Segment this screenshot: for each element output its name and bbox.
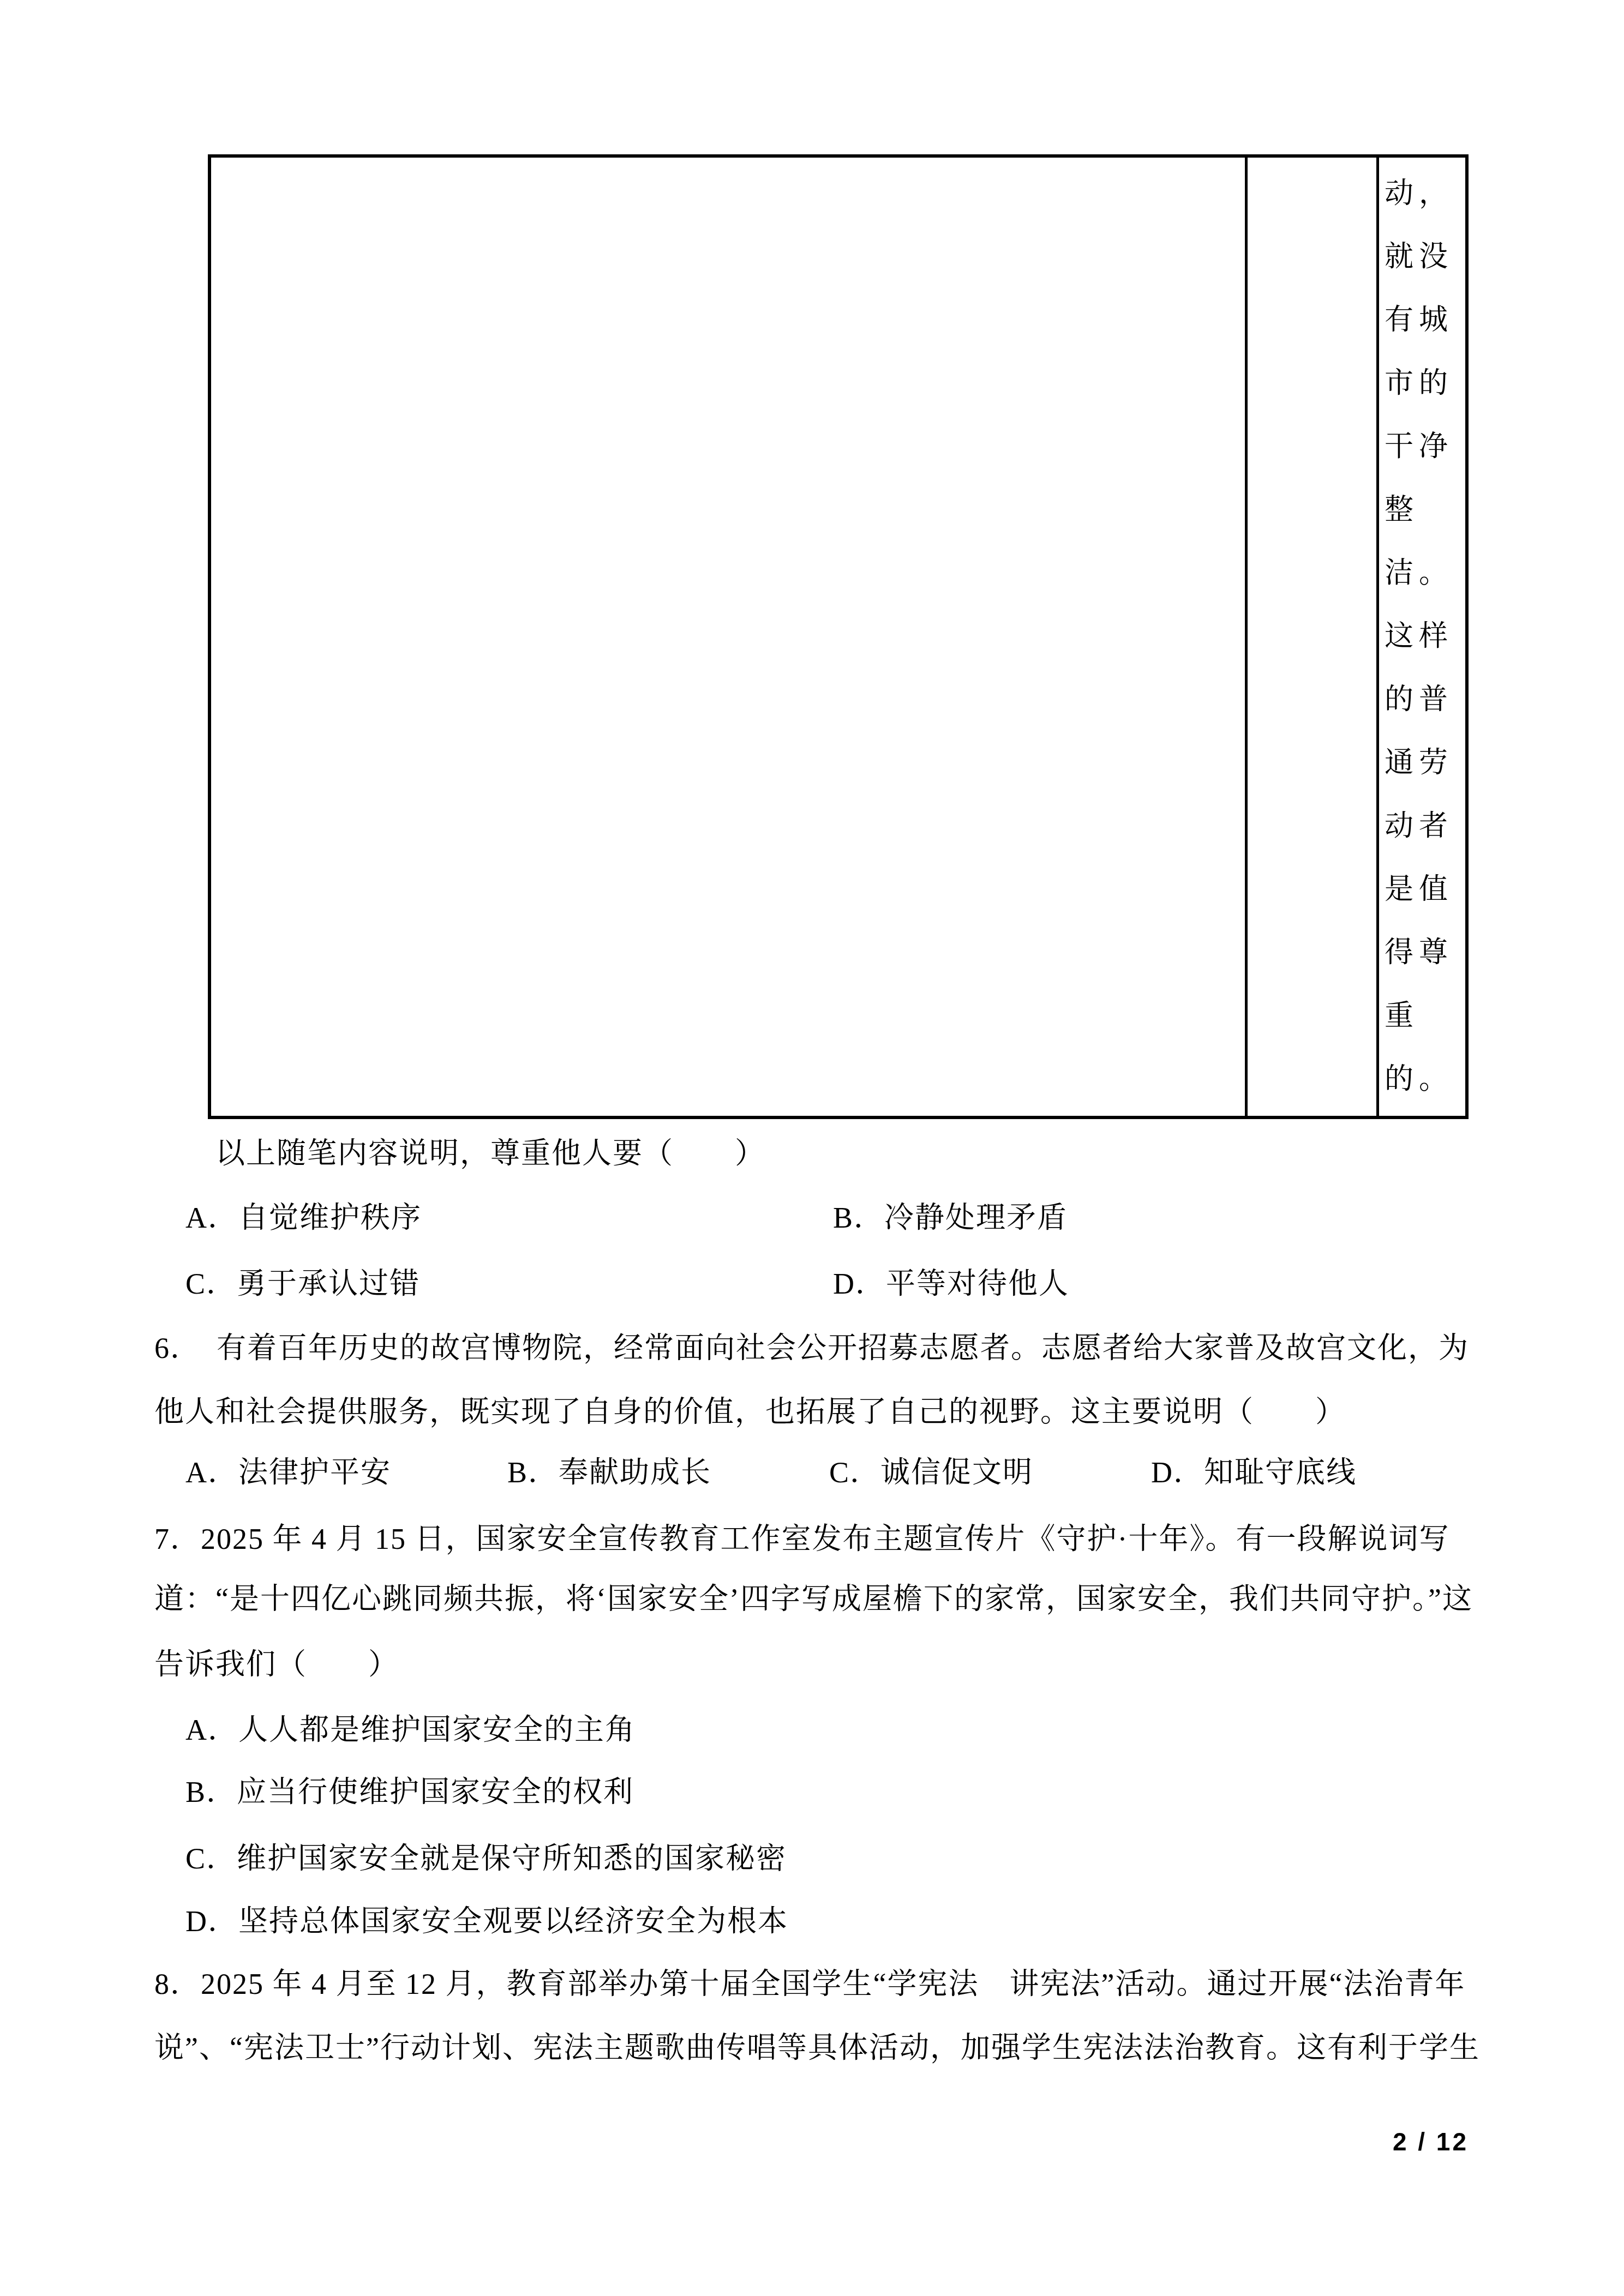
notes-table: 动，就没有城市的干净整洁。这样的普通劳动者是值得尊重的。: [208, 154, 1469, 1119]
overflow-text-line: 重: [1385, 984, 1465, 1048]
question-7-stem-line-3: 告诉我们（ ）: [154, 1649, 399, 1680]
question-7-stem-line-1: 7．2025 年 4 月 15 日，国家安全宣传教育工作室发布主题宣传片《守护·…: [154, 1523, 1449, 1555]
question-7-option-b: B．应当行使维护国家安全的权利: [185, 1776, 634, 1808]
question-5-option-c: C．勇于承认过错: [185, 1268, 420, 1300]
question-7-option-d: D．坚持总体国家安全观要以经济安全为根本: [185, 1906, 788, 1937]
question-8-stem-line-1: 8．2025 年 4 月至 12 月，教育部举办第十届全国学生“学宪法 讲宪法”…: [154, 1968, 1465, 2000]
question-5-option-b: B．冷静处理矛盾: [833, 1202, 1068, 1234]
overflow-text-line: 的。: [1385, 1048, 1465, 1111]
question-6-stem-line-2: 他人和社会提供服务，既实现了自身的价值，也拓展了自己的视野。这主要说明（ ）: [154, 1396, 1346, 1428]
question-6-option-d: D．知耻守底线: [1151, 1457, 1357, 1488]
notes-table-overflow-cell: 动，就没有城市的干净整洁。这样的普通劳动者是值得尊重的。: [1376, 158, 1465, 1116]
overflow-text-line: 动，: [1385, 162, 1465, 225]
overflow-text-line: 洁。: [1385, 542, 1465, 605]
question-7-stem-line-2: 道：“是十四亿心跳同频共振，将‘国家安全’四字写成屋檐下的家常，国家安全，我们共…: [154, 1583, 1473, 1615]
overflow-text-line: 有城: [1385, 288, 1465, 352]
question-6-option-c: C．诚信促文明: [829, 1457, 1033, 1488]
question-6-option-a: A．法律护平安: [185, 1457, 391, 1488]
question-7-option-a: A．人人都是维护国家安全的主角: [185, 1714, 636, 1746]
overflow-text-line: 的普: [1385, 668, 1465, 731]
page-number: 2 / 12: [1393, 2127, 1469, 2156]
overflow-text-line: 这样: [1385, 605, 1465, 668]
overflow-text-line: 市的: [1385, 352, 1465, 415]
overflow-text-line: 干净: [1385, 415, 1465, 478]
notes-table-spacer-cell: [1245, 158, 1376, 1116]
overflow-text-line: 整: [1385, 478, 1465, 542]
overflow-text-line: 是值: [1385, 858, 1465, 921]
question-5-option-a: A．自觉维护秩序: [185, 1202, 422, 1234]
question-8-stem-line-2: 说”、“宪法卫士”行动计划、宪法主题歌曲传唱等具体活动，加强学生宪法法治教育。这…: [154, 2032, 1480, 2064]
exam-page: 动，就没有城市的干净整洁。这样的普通劳动者是值得尊重的。 以上随笔内容说明，尊重…: [0, 0, 1624, 2296]
question-5-prompt: 以上随笔内容说明，尊重他人要（ ）: [215, 1138, 765, 1169]
overflow-text-line: 动者: [1385, 795, 1465, 858]
question-6-stem-line-1: 6． 有着百年历史的故宫博物院，经常面向社会公开招募志愿者。志愿者给大家普及故宫…: [154, 1332, 1469, 1364]
notes-table-main-cell: [211, 158, 1245, 1116]
overflow-text-line: 就没: [1385, 225, 1465, 288]
overflow-text-line: 得尊: [1385, 921, 1465, 984]
question-7-option-c: C．维护国家安全就是保守所知悉的国家秘密: [185, 1843, 787, 1874]
question-5-option-d: D．平等对待他人: [833, 1268, 1069, 1300]
question-6-option-b: B．奉献助成长: [507, 1457, 711, 1488]
overflow-text-line: 通劳: [1385, 731, 1465, 795]
